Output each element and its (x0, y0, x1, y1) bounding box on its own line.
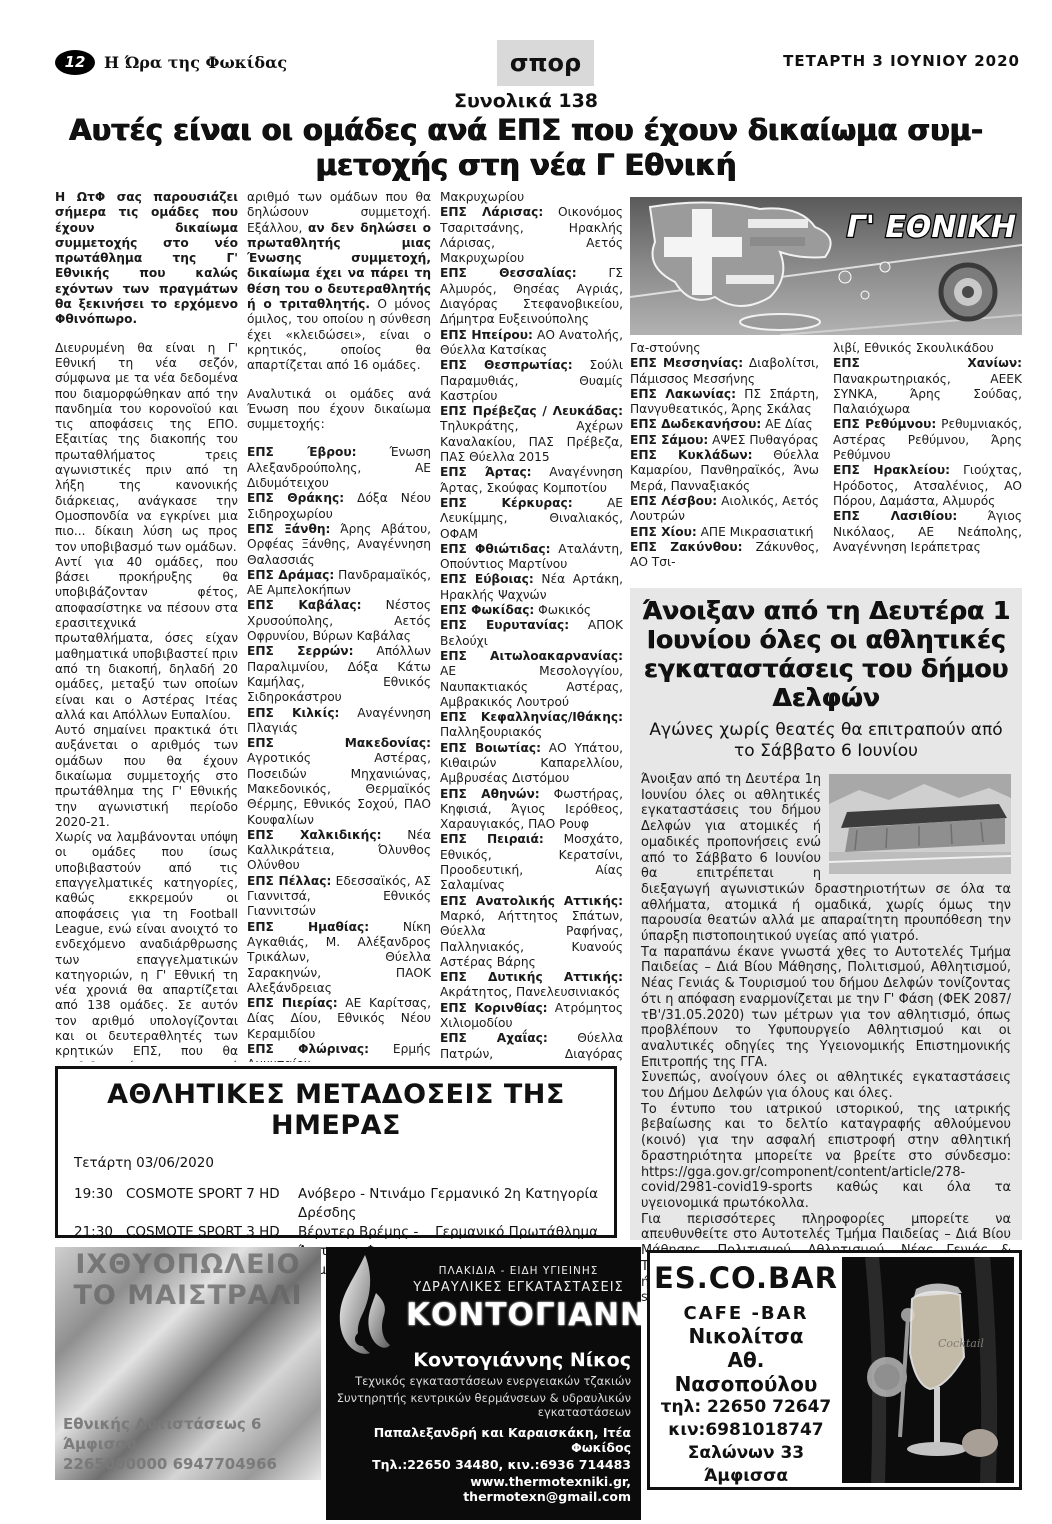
delphi-headline: Άνοιξαν από τη Δευτέρα 1 Ιουνίου όλες οι… (641, 596, 1011, 712)
cafe-bar-name: ES.CO.BAR (654, 1261, 838, 1295)
eps-entry: ΕΠΣ Δυτικής Αττικής: Ακράτητος, Πανελευσ… (440, 970, 623, 1001)
eps-entry: ΕΠΣ Σάμου: ΑΨΕΣ Πυθαγόρας (630, 433, 819, 448)
eps-entry: ΕΠΣ Έβρου: Ένωση Αλεξανδρούπολης, ΑΕ Διδ… (247, 445, 431, 491)
delphi-article: Άνοιξαν από τη Δευτέρα 1 Ιουνίου όλες οι… (630, 588, 1022, 1240)
schedule-comp: Γερμανικό 2η Κατηγορία (430, 1185, 598, 1223)
page-number: 12 (55, 50, 95, 75)
delphi-body: Άνοιξαν από τη Δευτέρα 1η Ιουνίου όλες ο… (641, 772, 1011, 1306)
paragraph: Τα παραπάνω έκανε γνωστά χθες το Αυτοτελ… (641, 945, 1011, 1071)
broadcast-box: ΑΘΛΗΤΙΚΕΣ ΜΕΤΑΔΟΣΕΙΣ ΤΗΣ ΗΜΕΡΑΣ Τετάρτη … (55, 1066, 617, 1238)
eps-entry: ΕΠΣ Θεσσαλίας: ΓΣ Αλμυρός, Θησέας Αγριάς… (440, 266, 623, 327)
fish-shop-title-line1: ΙΧΘΥΟΠΩΛΕΙΟ (55, 1249, 321, 1280)
island-columns: Γα-στούνηςΕΠΣ Μεσσηνίας: Διαβολίτσι, Πάμ… (630, 341, 1022, 570)
eps-entry: ΕΠΣ Φλώρινας: Ερμής Αμυνταίου (247, 1042, 431, 1062)
stadium-photo (829, 774, 1011, 874)
section-label-box: σπορ (497, 40, 594, 86)
eps-entry: ΕΠΣ Αχαΐας: Θύελλα Πατρών, Διαγόρας Βραχ… (440, 1031, 623, 1062)
drop-logo-icon (332, 1253, 398, 1373)
cafe-bar-text: ES.CO.BAR CAFE -BAR Νικολίτσα Αθ. Νασοπο… (650, 1253, 842, 1487)
fish-shop-phones: 2265000000 6947704966 (63, 1454, 317, 1474)
cocktail-photo: Cocktail (842, 1257, 1014, 1483)
main-headline: Αυτές είναι οι ομάδες ανά ΕΠΣ που έχουν … (40, 113, 1012, 183)
svg-text:Cocktail: Cocktail (938, 1337, 984, 1350)
paragraph: Γα-στούνης (630, 341, 819, 356)
kicker: Συνολικά 138 (0, 90, 1052, 112)
paragraph: αριθμό των ομάδων που θα δηλώσουν συμμετ… (247, 190, 431, 374)
paragraph: Αντί για 40 ομάδες, που βάσει προκήρυξης… (55, 555, 238, 723)
eps-entry: ΕΠΣ Πρέβεζας / Λευκάδας: Τηλυκράτης, Αχέ… (440, 404, 623, 465)
eps-entry: ΕΠΣ Χανίων: Πανακρωτηριακός, ΑΕΕΚ ΣΥΝΚΑ,… (833, 356, 1022, 417)
plumbing-ad-header: ΠΛΑΚΙΔΙΑ - ΕΙΔΗ ΥΓΙΕΙΝΗΣ ΥΔΡΑΥΛΙΚΕΣ ΕΓΚΑ… (406, 1265, 631, 1333)
plumbing-phones: Τηλ.:22650 34480, κιν.:6936 714483 (336, 1457, 631, 1472)
g-ethniki-map-image: Γ' ΕΘΝΙΚΗ (630, 197, 1022, 335)
paper-name: Η Ώρα της Φωκίδας (104, 53, 287, 72)
schedule-channel: COSMOTE SPORT 7 HD (126, 1185, 298, 1223)
plumbing-address: Παπαλεξανδρή και Καραισκάκη, Ιτέα Φωκίδο… (336, 1425, 631, 1455)
schedule-match: Ανόβερο - Ντινάμο Δρέσδης (298, 1185, 430, 1223)
plumbing-brand: ΚΟΝΤΟΓΙΑΝΝΗΣ (406, 1297, 631, 1333)
eps-entry: ΕΠΣ Ευρυτανίας: ΑΠΟΚ Βελούχι (440, 618, 623, 649)
eps-entry: ΕΠΣ Δράμας: Πανδραμαϊκός, ΑΕ Αμπελοκήπων (247, 568, 431, 599)
paragraph: λιβί, Εθνικός Σκουλικάδου (833, 341, 1022, 356)
eps-entry: ΕΠΣ Θεσπρωτίας: Σούλι Παραμυθιάς, Θυαμίς… (440, 358, 623, 404)
eps-entry: ΕΠΣ Ηπείρου: ΑΟ Ανατολής, Θύελλα Κατσίκα… (440, 328, 623, 359)
article-column-2: αριθμό των ομάδων που θα δηλώσουν συμμετ… (247, 190, 431, 1062)
map-title: Γ' ΕΘΝΙΚΗ (847, 210, 1016, 245)
paragraph: Χωρίς να λαμβάνονται υπόψη οι ομάδες που… (55, 830, 238, 1062)
fish-shop-ad: ΙΧΘΥΟΠΩΛΕΙΟ ΤΟ ΜΑΙΣΤΡΑΛΙ Εθνικής Αντιστά… (55, 1247, 321, 1480)
eps-entry: ΕΠΣ Αθηνών: Φωστήρας, Κηφισιά, Άγιος Ιερ… (440, 787, 623, 833)
eps-entry: ΕΠΣ Λασιθίου: Άγιος Νικόλαος, ΑΕ Νεάπολη… (833, 509, 1022, 555)
plumbing-ad: ΠΛΑΚΙΔΙΑ - ΕΙΔΗ ΥΓΙΕΙΝΗΣ ΥΔΡΑΥΛΙΚΕΣ ΕΓΚΑ… (326, 1247, 641, 1520)
paragraph: Διευρυμένη θα είναι η Γ' Εθνική τη νέα σ… (55, 341, 238, 555)
eps-entry: ΕΠΣ Δωδεκανήσου: ΑΕ Δίας (630, 417, 819, 432)
cafe-bar-mobile: κιν:6981018747 (654, 1419, 838, 1442)
schedule-row: 19:30COSMOTE SPORT 7 HDΑνόβερο - Ντινάμο… (74, 1185, 598, 1223)
eps-entry: ΕΠΣ Ξάνθη: Άρης Αβάτου, Ορφέας Ξάνθης, Α… (247, 522, 431, 568)
eps-entry: ΕΠΣ Ζακύνθου: Ζάκυνθος, ΑΟ Τσι- (630, 540, 819, 571)
eps-entry: ΕΠΣ Χαλκιδικής: Νέα Καλλικράτεια, Όλυνθο… (247, 828, 431, 874)
eps-entry: ΕΠΣ Κιλκίς: Αναγέννηση Πλαγιάς (247, 706, 431, 737)
eps-entry: ΕΠΣ Σερρών: Απόλλων Παραλιμνίου, Δόξα Κά… (247, 644, 431, 705)
eps-entry: ΕΠΣ Ημαθίας: Νίκη Αγκαθιάς, Μ. Αλέξανδρο… (247, 920, 431, 996)
eps-entry: ΕΠΣ Ανατολικής Αττικής: Μαρκό, Αήττητος … (440, 894, 623, 970)
article-column-3: ΜακρυχωρίουΕΠΣ Λάρισας: Οικονόμος Τσαριτ… (440, 190, 623, 1062)
eps-entry: ΕΠΣ Ηρακλείου: Γιούχτας, Ηρόδοτος, Ατσαλ… (833, 463, 1022, 509)
issue-date: ΤΕΤΑΡΤΗ 3 ΙΟΥΝΙΟΥ 2020 (783, 52, 1020, 70)
eps-entry: ΕΠΣ Καβάλας: Νέστος Χρυσούπολης, Αετός Ο… (247, 598, 431, 644)
paragraph: Συνεπώς, ανοίγουν όλες οι αθλητικές εγκα… (641, 1070, 1011, 1101)
eps-entry: ΕΠΣ Φωκίδας: Φωκικός (440, 603, 623, 618)
eps-entry: ΕΠΣ Ρεθύμνου: Ρεθυμνιακός, Αστέρας Ρεθύμ… (833, 417, 1022, 463)
eps-entry: ΕΠΣ Μακεδονίας: Αγροτικός Αστέρας, Ποσει… (247, 736, 431, 828)
eps-entry: ΕΠΣ Πέλλας: Εδεσσαϊκός, ΑΣ Γιαννιτσά, Εθ… (247, 874, 431, 920)
paragraph: Το έντυπο του ιατρικού ιστορικού, της ια… (641, 1102, 1011, 1212)
eps-entry: ΕΠΣ Κορινθίας: Ατρόμητος Χιλιομοδίου (440, 1001, 623, 1032)
paragraph: Αναλυτικά οι ομάδες ανά Ένωση που έχουν … (247, 387, 431, 433)
eps-entry: ΕΠΣ Λάρισας: Οικονόμος Τσαριτσάνης, Ηρακ… (440, 205, 623, 266)
eps-entry: ΕΠΣ Κυκλάδων: Θύελλα Καμαρίου, Πανθηραϊκ… (630, 448, 819, 494)
eps-entry: ΕΠΣ Χίου: ΑΠΕ Μικρασιατική (630, 525, 819, 540)
eps-entry: ΕΠΣ Πειραιά: Μοσχάτο, Εθνικός, Κερατσίνι… (440, 832, 623, 893)
schedule-time: 19:30 (74, 1185, 126, 1223)
plumbing-web: www.thermotexniki.gr, thermotexn@gmail.c… (336, 1474, 631, 1504)
paragraph: Η ΩτΦ σας παρουσιάζει σήμερα τις ομάδες … (55, 190, 238, 328)
broadcast-date: Τετάρτη 03/06/2020 (74, 1155, 598, 1171)
eps-entry: ΕΠΣ Φθιώτιδας: Αταλάντη, Οπούντιος Μαρτί… (440, 542, 623, 573)
broadcast-title: ΑΘΛΗΤΙΚΕΣ ΜΕΤΑΔΟΣΕΙΣ ΤΗΣ ΗΜΕΡΑΣ (74, 1079, 598, 1141)
eps-entry: ΕΠΣ Εύβοιας: Νέα Αρτάκη, Ηρακλής Ψαχνών (440, 572, 623, 603)
cafe-bar-address: Σαλώνων 33 Άμφισσα (654, 1442, 838, 1488)
paragraph: Μακρυχωρίου (440, 190, 623, 205)
article-column-5: λιβί, Εθνικός ΣκουλικάδουΕΠΣ Χανίων: Παν… (833, 341, 1022, 570)
fish-shop-contact: Εθνικής Αντιστάσεως 6 Άμφισσα 2265000000… (63, 1414, 317, 1474)
epo-badge (941, 265, 995, 319)
article-column-1: Η ΩτΦ σας παρουσιάζει σήμερα τις ομάδες … (55, 190, 238, 1062)
eps-entry: ΕΠΣ Μεσσηνίας: Διαβολίτσι, Πάμισσος Μεσσ… (630, 356, 819, 387)
article-column-4: Γα-στούνηςΕΠΣ Μεσσηνίας: Διαβολίτσι, Πάμ… (630, 341, 819, 570)
cafe-bar-type: CAFE -BAR (654, 1303, 838, 1324)
eps-entry: ΕΠΣ Πιερίας: ΑΕ Καρίτσας, Δίας Δίου, Εθν… (247, 996, 431, 1042)
fish-shop-address: Εθνικής Αντιστάσεως 6 Άμφισσα (63, 1414, 317, 1454)
plumbing-role-1: Τεχνικός εγκαταστάσεων ενεργειακών τζακι… (336, 1374, 631, 1388)
eps-entry: ΕΠΣ Βοιωτίας: ΑΟ Υπάτου, Κιθαιρών Καπαρε… (440, 741, 623, 787)
cafe-bar-tel: τηλ: 22650 72647 (654, 1396, 838, 1419)
map-illustration: Γ' ΕΘΝΙΚΗ (630, 197, 1022, 335)
section-label: σπορ (510, 49, 581, 77)
eps-entry: ΕΠΣ Θράκης: Δόξα Νέου Σιδηροχωρίου (247, 491, 431, 522)
paragraph: Αυτό σημαίνει πρακτικά ότι αυξάνεται ο α… (55, 723, 238, 830)
cafe-bar-owner-first: Νικολίτσα (654, 1324, 838, 1348)
eps-entry: ΕΠΣ Κέρκυρας: ΑΕ Λευκίμμης, Θιναλιακός, … (440, 496, 623, 542)
cafe-bar-owner-last: Αθ. Νασοπούλου (654, 1348, 838, 1396)
fish-shop-title-line2: ΤΟ ΜΑΙΣΤΡΑΛΙ (55, 1280, 321, 1311)
fish-shop-title: ΙΧΘΥΟΠΩΛΕΙΟ ΤΟ ΜΑΙΣΤΡΑΛΙ (55, 1249, 321, 1311)
plumbing-categories: ΠΛΑΚΙΔΙΑ - ΕΙΔΗ ΥΓΙΕΙΝΗΣ (406, 1265, 631, 1277)
cafe-bar-ad: ES.CO.BAR CAFE -BAR Νικολίτσα Αθ. Νασοπο… (647, 1250, 1022, 1490)
eps-entry: ΕΠΣ Άρτας: Αναγέννηση Άρτας, Σκούφας Κομ… (440, 465, 623, 496)
eps-entry: ΕΠΣ Λακωνίας: ΠΣ Σπάρτη, Πανγυθεατικός, … (630, 387, 819, 418)
delphi-subhead: Αγώνες χωρίς θεατές θα επιτραπούν από το… (641, 720, 1011, 762)
eps-entry: ΕΠΣ Λέσβου: Αιολικός, Αετός Λουτρών (630, 494, 819, 525)
plumbing-role-2: Συντηρητής κεντρικών θερμάνσεων & υδραυλ… (336, 1391, 631, 1419)
plumbing-services: ΥΔΡΑΥΛΙΚΕΣ ΕΓΚΑΤΑΣΤΑΣΕΙΣ (406, 1280, 631, 1295)
newspaper-page: 12 Η Ώρα της Φωκίδας σπορ ΤΕΤΑΡΤΗ 3 ΙΟΥΝ… (0, 0, 1052, 1524)
eps-entry: ΕΠΣ Αιτωλοακαρνανίας: ΑΕ Μεσολογγίου, Να… (440, 649, 623, 710)
eps-entry: ΕΠΣ Κεφαλληνίας/Ιθάκης: Παλληξουριακός (440, 710, 623, 741)
